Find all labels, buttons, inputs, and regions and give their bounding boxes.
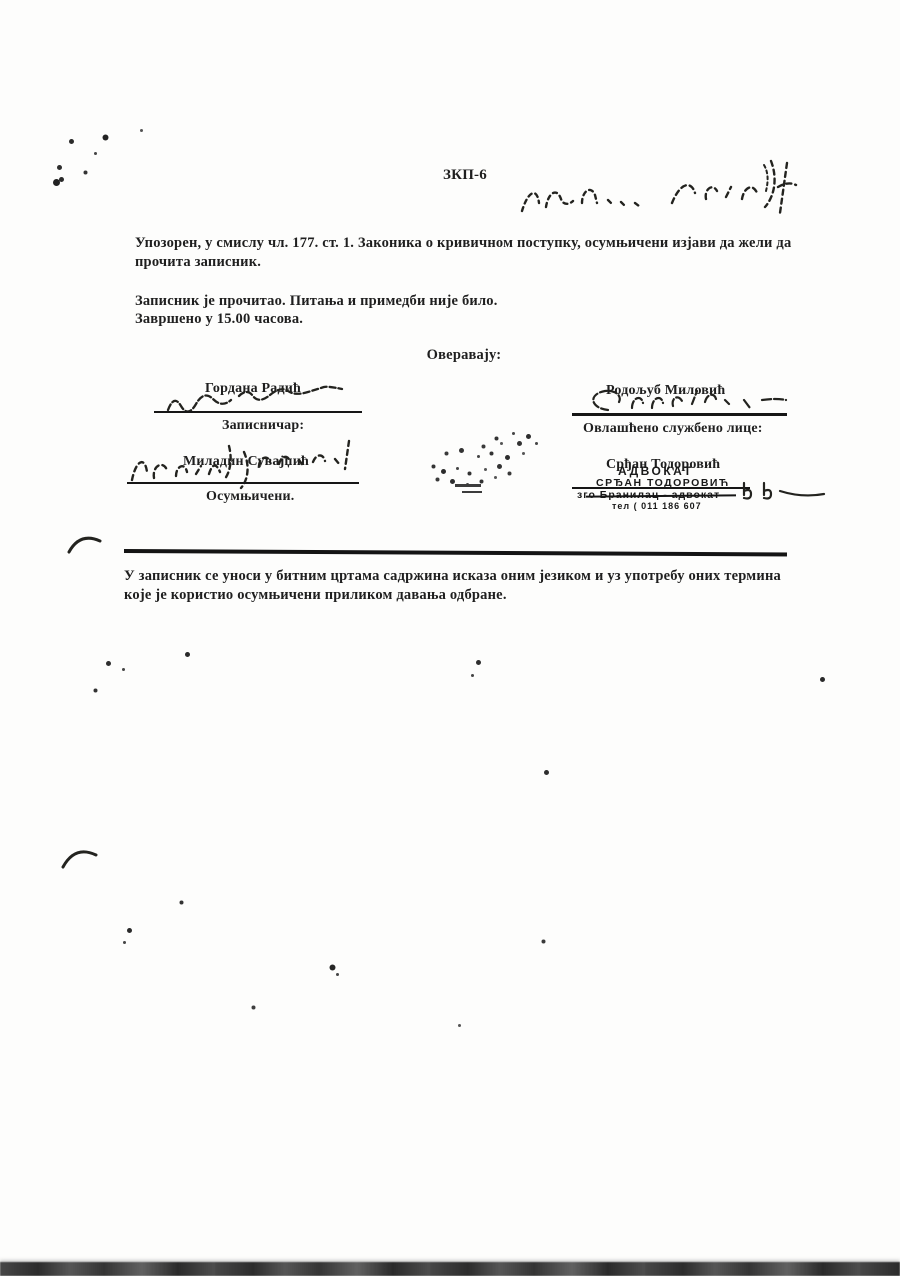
separator-rule [124,549,787,556]
stamp-remnant-dash-1 [455,484,481,487]
official-role-label: Овлашћено службено лице: [583,419,763,438]
scanned-document-page: ЗКП-6 Упозорен, у смислу чл. 177. ст. 1.… [0,0,900,1276]
official-signature-line [572,413,787,416]
certify-heading: Оверавају: [384,346,544,365]
attorney-stamp-phone: тел ( 011 186 607 [612,501,702,511]
record-read-line2: Завршено у 15.00 часова. [135,310,303,329]
top-handwritten-signature [512,145,812,230]
attorney-initials-marks [738,478,828,500]
attorney-stamp-title: АДВОКАТ [618,464,694,478]
margin-arc-mark-1 [66,532,106,556]
warning-paragraph: Упозорен, у смислу чл. 177. ст. 1. Закон… [135,234,813,272]
record-read-line1: Записник је прочитао. Питања и примедби … [135,292,498,311]
scanner-edge-artifact [0,1262,900,1276]
clerk-signature-line [154,411,362,413]
clerk-role-label: Записничар: [222,416,304,435]
suspect-role-label: Осумњичени. [206,487,294,506]
footer-note: У записник се уноси у битним цртама садр… [124,567,802,605]
margin-arc-mark-2 [60,845,102,871]
stamp-remnant-dash-2 [462,491,482,493]
form-code-label: ЗКП-6 [443,166,487,185]
suspect-signature-line [127,482,359,484]
